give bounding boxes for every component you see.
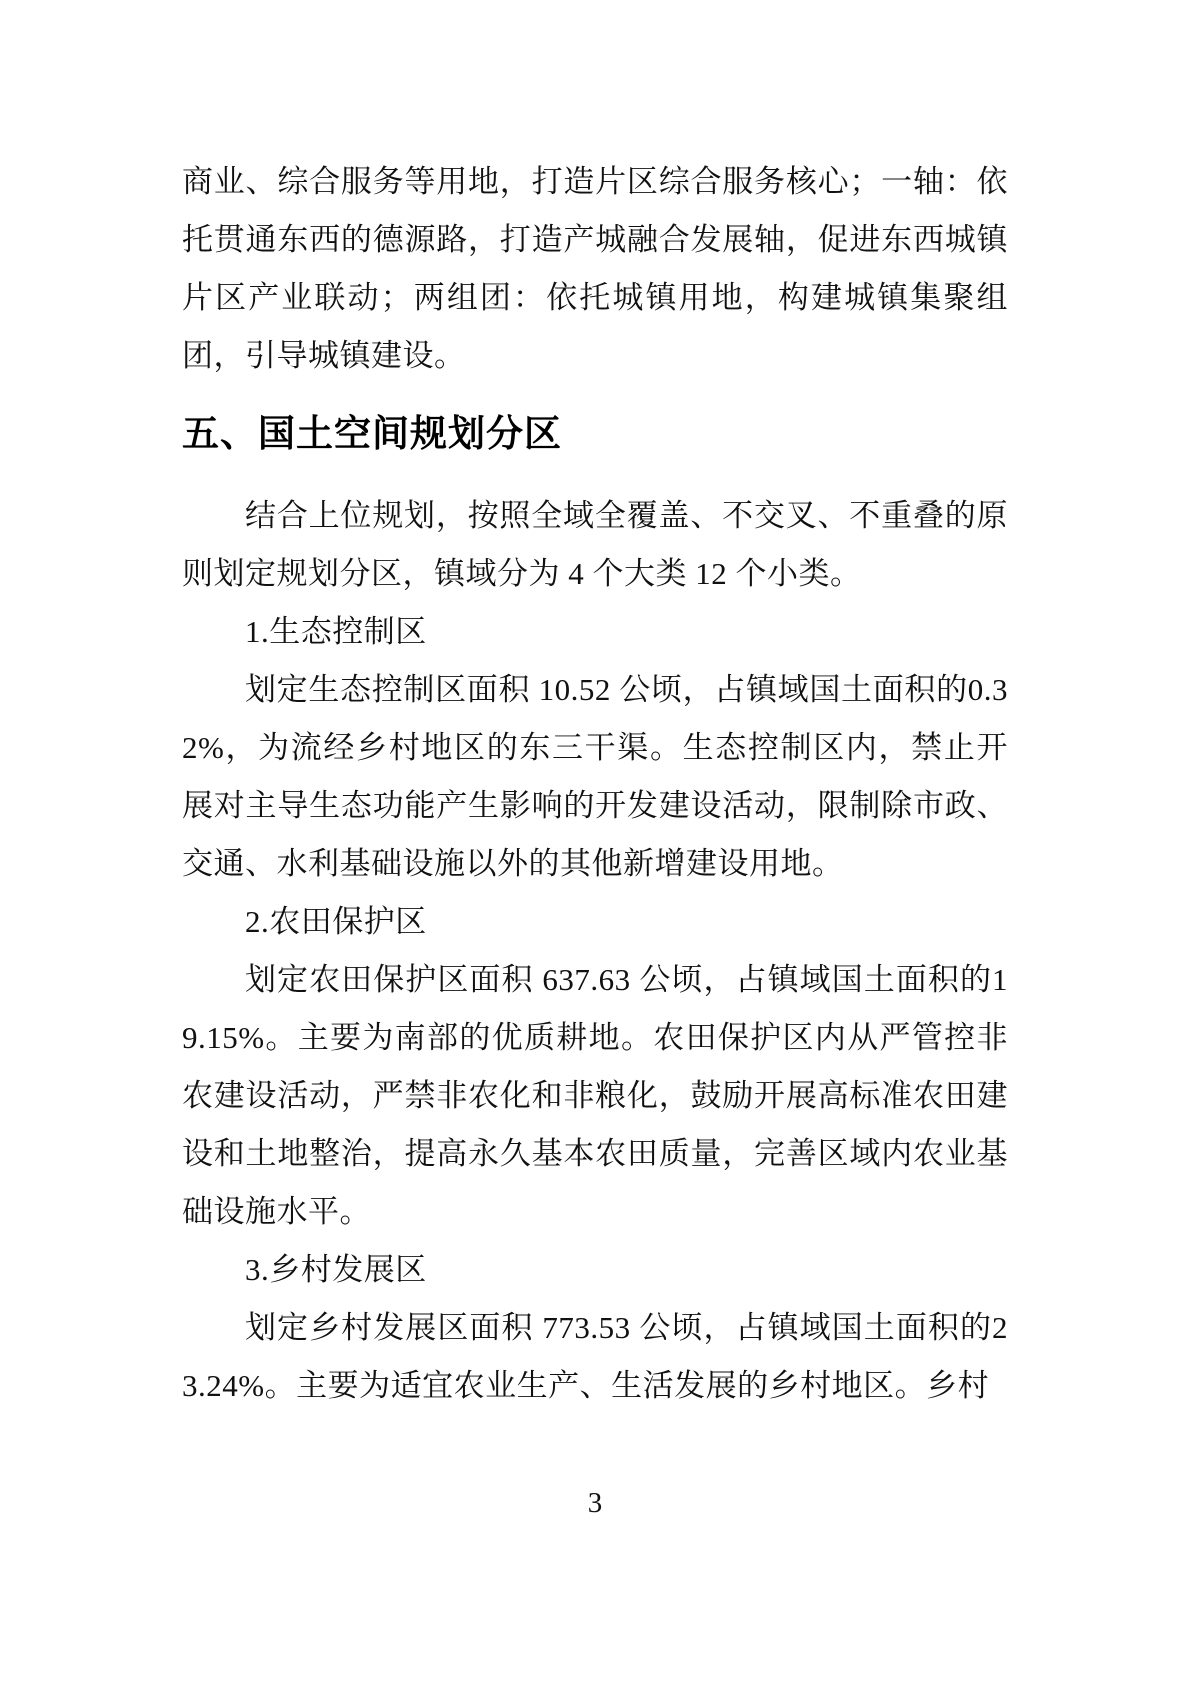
subsection-title-ecological-control-zone: 1.生态控制区: [182, 603, 1008, 661]
section-heading: 五、国土空间规划分区: [182, 405, 1008, 463]
section-intro-paragraph: 结合上位规划，按照全域全覆盖、不交叉、不重叠的原则划定规划分区，镇域分为 4 个…: [182, 487, 1008, 603]
subsection-body-ecological-control-zone: 划定生态控制区面积 10.52 公顷，占镇域国土面积的0.32%，为流经乡村地区…: [182, 661, 1008, 893]
subsection-title-farmland-protection-zone: 2.农田保护区: [182, 893, 1008, 951]
document-page: 商业、综合服务等用地，打造片区综合服务核心；一轴：依托贯通东西的德源路，打造产城…: [0, 0, 1190, 1683]
page-number: 3: [0, 1483, 1190, 1523]
subsection-title-rural-development-zone: 3.乡村发展区: [182, 1241, 1008, 1299]
subsection-body-rural-development-zone: 划定乡村发展区面积 773.53 公顷，占镇域国土面积的23.24%。主要为适宜…: [182, 1299, 1008, 1415]
page-content: 商业、综合服务等用地，打造片区综合服务核心；一轴：依托贯通东西的德源路，打造产城…: [0, 0, 1190, 1415]
subsection-body-farmland-protection-zone: 划定农田保护区面积 637.63 公顷，占镇域国土面积的19.15%。主要为南部…: [182, 951, 1008, 1241]
paragraph-continuation: 商业、综合服务等用地，打造片区综合服务核心；一轴：依托贯通东西的德源路，打造产城…: [182, 153, 1008, 385]
